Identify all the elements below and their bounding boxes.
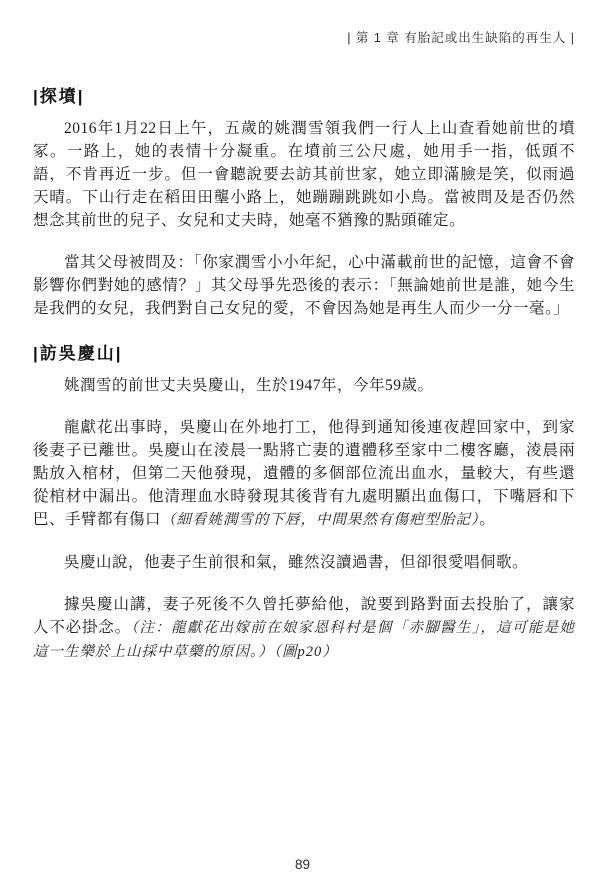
paragraph-interview-2-period: 。 xyxy=(479,511,495,528)
paragraph-interview-4: 據吳慶山講，妻子死後不久曾托夢給他，說要到路對面去投胎了，讓家人不必掛念。（注：… xyxy=(33,593,575,664)
running-head-chapter-title: | 第 1 章 有胎記或出生缺陷的再生人 | xyxy=(347,28,575,46)
paragraph-interview-3: 吳慶山說，他妻子生前很和氣，雖然沒讀過書，但卻很愛唱侗歌。 xyxy=(33,551,575,574)
section-heading-tomb-visit: |探墳| xyxy=(33,82,575,107)
paragraph-interview-2-note: （細看姚潤雪的下唇，中間果然有傷疤型胎記） xyxy=(161,512,479,528)
page-content: |探墳| 2016年1月22日上午，五歲的姚潤雪領我們一行人上山查看她前世的墳冢… xyxy=(33,82,575,683)
paragraph-tomb-visit-1: 2016年1月22日上午，五歲的姚潤雪領我們一行人上山查看她前世的墳冢。一路上，… xyxy=(33,117,575,232)
section-heading-interview-wu-qingshan: |訪吳慶山| xyxy=(33,339,575,364)
paragraph-interview-1: 姚潤雪的前世丈夫吳慶山，生於1947年，今年59歲。 xyxy=(33,374,575,397)
paragraph-interview-2: 龍獻花出事時，吳慶山在外地打工，他得到通知後連夜趕回家中，到家後妻子已離世。吳慶… xyxy=(33,416,575,532)
page-number: 89 xyxy=(0,857,605,872)
paragraph-tomb-visit-2: 當其父母被問及：「你家潤雪小小年紀，心中滿載前世的記憶，這會不會影響你們對她的感… xyxy=(33,251,575,320)
book-page: | 第 1 章 有胎記或出生缺陷的再生人 | |探墳| 2016年1月22日上午… xyxy=(0,0,605,896)
